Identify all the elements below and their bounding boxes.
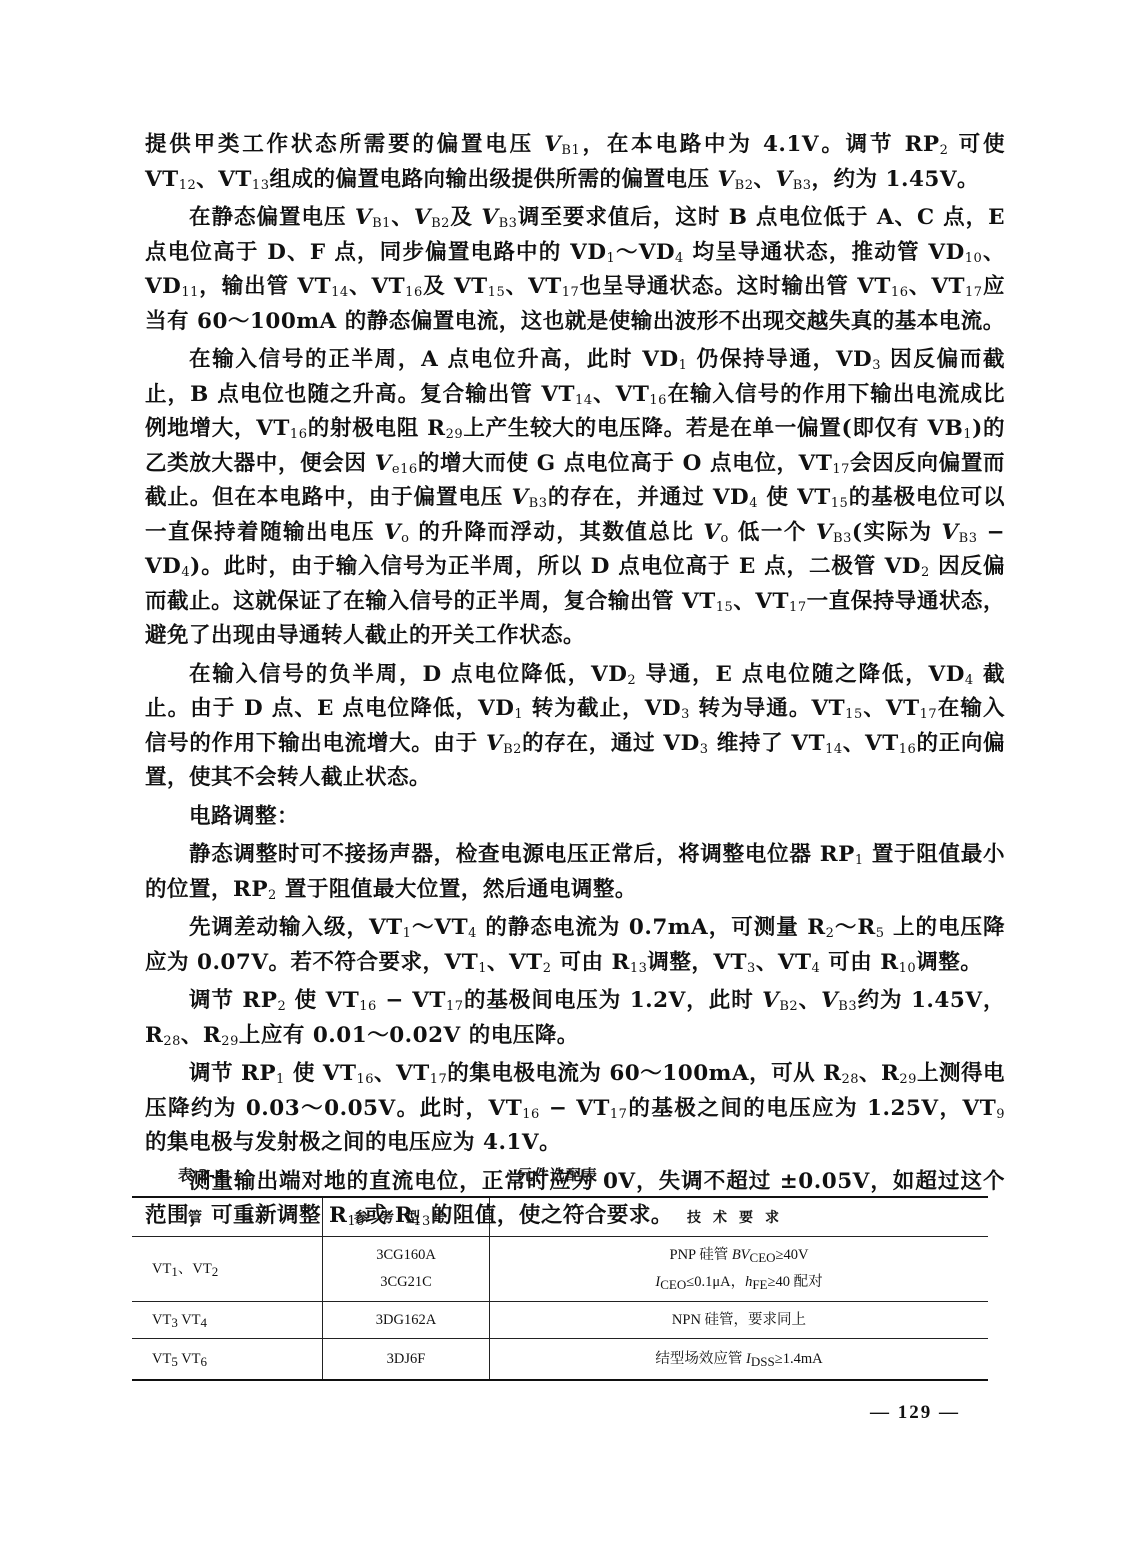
header-reference-model: 参考型号 <box>323 1197 490 1237</box>
paragraph: 调节 RP2 使 VT16 − VT17的基极间电压为 1.2V，此时 VB2、… <box>145 984 1005 1053</box>
table-title: 元件选配表 <box>518 1164 598 1185</box>
page-number: — 129 — <box>870 1402 960 1424</box>
cell-reference-model: 3DJ6F <box>323 1339 490 1381</box>
header-technical-requirements: 技术要求 <box>490 1197 989 1237</box>
paragraph: 提供甲类工作状态所需要的偏置电压 VB1，在本电路中为 4.1V。调节 RP2 … <box>145 128 1005 197</box>
paragraph: 在输入信号的正半周，A 点电位升高，此时 VD1 仍保持导通，VD3 因反偏而截… <box>145 343 1005 654</box>
table-row: VT1、VT23CG160A3CG21CPNP 硅管 BVCEO≥40VICEO… <box>132 1237 988 1302</box>
table-number: 表 2-4 <box>178 1164 225 1185</box>
table-row: VT3 VT43DG162ANPN 硅管，要求同上 <box>132 1302 988 1339</box>
cell-technical-requirement: NPN 硅管，要求同上 <box>490 1302 989 1339</box>
table-row: VT5 VT63DJ6F结型场效应管 IDSS≥1.4mA <box>132 1339 988 1381</box>
cell-tube-number: VT1、VT2 <box>132 1237 323 1302</box>
cell-reference-model: 3CG160A3CG21C <box>323 1237 490 1302</box>
paragraph: 静态调整时可不接扬声器，检查电源电压正常后，将调整电位器 RP1 置于阻值最小的… <box>145 838 1005 907</box>
body-text: 提供甲类工作状态所需要的偏置电压 VB1，在本电路中为 4.1V。调节 RP2 … <box>145 128 1005 1234</box>
cell-tube-number: VT5 VT6 <box>132 1339 323 1381</box>
paragraph: 在输入信号的负半周，D 点电位降低，VD2 导通，E 点电位随之降低，VD4 截… <box>145 658 1005 796</box>
cell-reference-model: 3DG162A <box>323 1302 490 1339</box>
component-selection-table: 管 号 参考型号 技术要求 VT1、VT23CG160A3CG21CPNP 硅管… <box>132 1196 988 1381</box>
table-header-row: 管 号 参考型号 技术要求 <box>132 1197 988 1237</box>
paragraph: 电路调整： <box>145 800 1005 835</box>
paragraph: 先调差动输入级，VT1～VT4 的静态电流为 0.7mA，可测量 R2～R5 上… <box>145 911 1005 980</box>
table-caption: 表 2-4 元件选配表 <box>178 1164 988 1192</box>
paragraph: 调节 RP1 使 VT16、VT17的集电极电流为 60～100mA，可从 R2… <box>145 1057 1005 1161</box>
header-tube-number: 管 号 <box>132 1197 323 1237</box>
paragraph: 在静态偏置电压 VB1、VB2及 VB3调至要求值后，这时 B 点电位低于 A、… <box>145 201 1005 339</box>
cell-technical-requirement: 结型场效应管 IDSS≥1.4mA <box>490 1339 989 1381</box>
cell-tube-number: VT3 VT4 <box>132 1302 323 1339</box>
cell-technical-requirement: PNP 硅管 BVCEO≥40VICEO≤0.1μA，hFE≥40 配对 <box>490 1237 989 1302</box>
